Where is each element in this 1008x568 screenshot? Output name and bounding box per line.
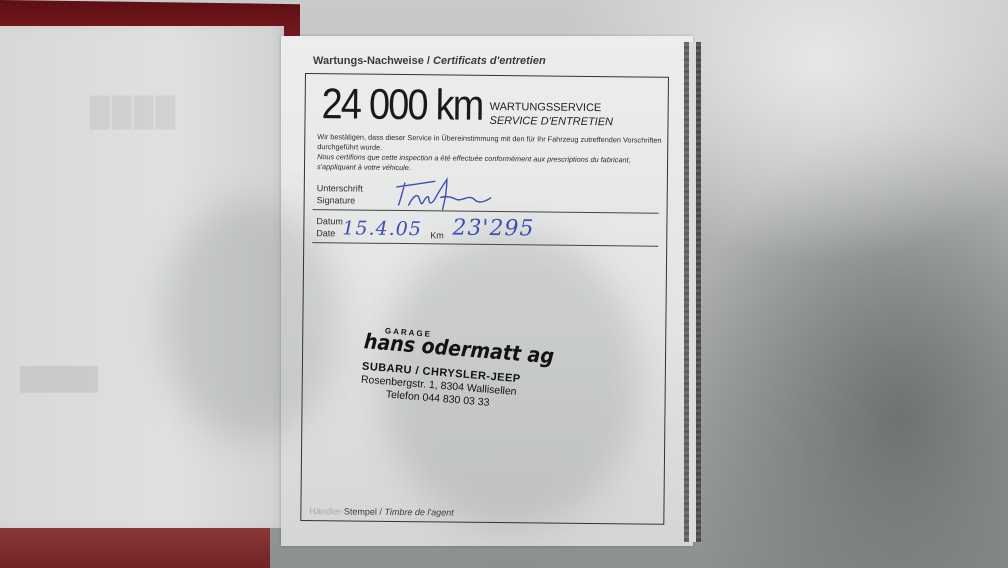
service-label-de: WARTUNGSSERVICE bbox=[490, 100, 614, 115]
date-labels: Datum Date bbox=[316, 215, 343, 239]
certification-statement: Wir bestätigen, dass dieser Service in Ü… bbox=[317, 132, 665, 176]
page-stack-edge bbox=[684, 42, 689, 542]
header-separator: / bbox=[424, 55, 433, 67]
handwritten-date: 15.4.05 bbox=[342, 217, 422, 240]
dealer-stamp-label: Händler-Stempel / Timbre de l'agent bbox=[309, 506, 453, 518]
service-form: 24 000 km WARTUNGSSERVICE SERVICE D'ENTR… bbox=[300, 73, 669, 525]
footer-label-faded: Händler- bbox=[309, 506, 344, 516]
dealer-stamp: GARAGE hans odermatt ag SUBARU / CHRYSLE… bbox=[359, 325, 564, 415]
booklet-cover-bottom bbox=[0, 522, 270, 568]
handwritten-km: 23'295 bbox=[452, 216, 534, 242]
page-stack-gap bbox=[689, 42, 696, 542]
show-through-text: ████ bbox=[90, 96, 177, 128]
service-mileage: 24 000 km bbox=[321, 80, 482, 131]
service-label-fr: SERVICE D'ENTRETIEN bbox=[489, 114, 613, 129]
page-header: Wartungs-Nachweise / Certificats d'entre… bbox=[313, 55, 546, 67]
signature-labels: Unterschrift Signature bbox=[317, 182, 363, 206]
date-label-fr: Date bbox=[316, 227, 343, 239]
date-label-de: Datum bbox=[316, 215, 343, 227]
statement-fr: Nous certifions que cette inspection a é… bbox=[317, 152, 665, 176]
signature-label-fr: Signature bbox=[317, 194, 363, 206]
date-line bbox=[312, 242, 658, 247]
service-title: WARTUNGSSERVICE SERVICE D'ENTRETIEN bbox=[489, 100, 613, 129]
header-title-fr: Certificats d'entretien bbox=[433, 55, 546, 67]
footer-label-de: Stempel bbox=[344, 506, 377, 516]
km-label: Km bbox=[430, 230, 444, 240]
signature-label-de: Unterschrift bbox=[317, 182, 363, 194]
show-through-text: █████ bbox=[20, 366, 98, 392]
page-stack-edge bbox=[696, 42, 701, 542]
header-title-de: Wartungs-Nachweise bbox=[313, 55, 424, 67]
footer-label-fr: Timbre de l'agent bbox=[384, 507, 453, 518]
handwritten-signature bbox=[395, 175, 545, 213]
